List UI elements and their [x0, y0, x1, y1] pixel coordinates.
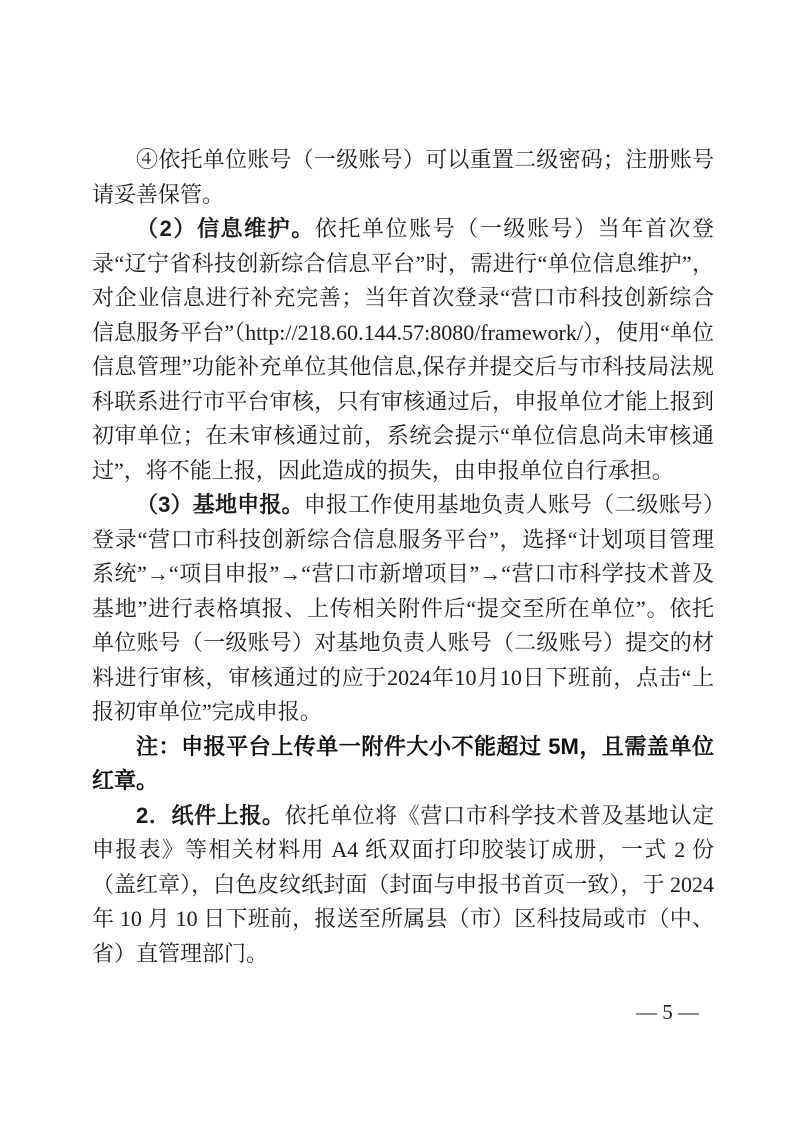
- page-footer: — 5 —: [636, 1000, 699, 1025]
- page-number: — 5 —: [636, 1000, 699, 1024]
- paragraph-base-application: （3）基地申报。申报工作使用基地负责人账号（二级账号）登录“营口市科技创新综合信…: [92, 488, 714, 730]
- paragraph-account-reset: ④依托单位账号（一级账号）可以重置二级密码；注册账号请妥善保管。: [92, 143, 714, 212]
- paragraph-paper-submission: 2．纸件上报。依托单位将《营口市科学技术普及基地认定申报表》等相关材料用 A4 …: [92, 799, 714, 972]
- paragraph-heading-info-maintenance: （2）信息维护。: [136, 216, 315, 241]
- paragraph-text: 依托单位账号（一级账号）当年首次登录“辽宁省科技创新综合信息平台”时，需进行“单…: [92, 216, 714, 483]
- paragraph-text: 注：申报平台上传单一附件大小不能超过 5M，且需盖单位红章。: [92, 734, 714, 794]
- paragraph-heading-base-application: （3）基地申报。: [136, 492, 304, 517]
- document-body: ④依托单位账号（一级账号）可以重置二级密码；注册账号请妥善保管。 （2）信息维护…: [92, 143, 714, 971]
- document-page: ④依托单位账号（一级账号）可以重置二级密码；注册账号请妥善保管。 （2）信息维护…: [0, 0, 794, 1123]
- paragraph-info-maintenance: （2）信息维护。依托单位账号（一级账号）当年首次登录“辽宁省科技创新综合信息平台…: [92, 212, 714, 488]
- paragraph-text: ④依托单位账号（一级账号）可以重置二级密码；注册账号请妥善保管。: [92, 147, 714, 207]
- paragraph-text: 申报工作使用基地负责人账号（二级账号）登录“营口市科技创新综合信息服务平台”，选…: [92, 492, 714, 724]
- paragraph-note: 注：申报平台上传单一附件大小不能超过 5M，且需盖单位红章。: [92, 730, 714, 799]
- paragraph-heading-paper-submission: 2．纸件上报。: [136, 803, 285, 828]
